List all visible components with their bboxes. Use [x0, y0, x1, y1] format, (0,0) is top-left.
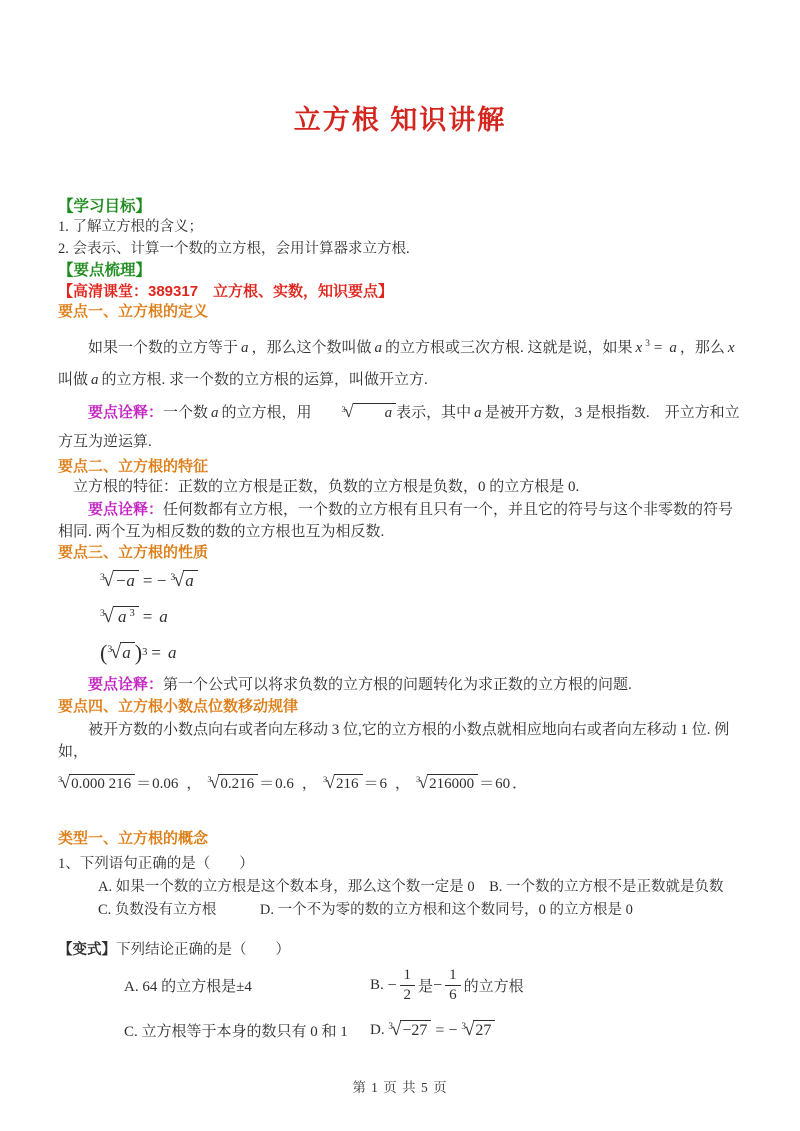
text-segment: 第一个公式可以将求负数的立方根的问题转化为求正数的立方根的问题.	[163, 677, 632, 693]
radicand: −a	[113, 570, 139, 591]
variant-options: A. 64 的立方根是±4 B. −12是−16的立方根 C. 立方根等于本身的…	[124, 966, 748, 1046]
text-segment: ，那么	[680, 340, 725, 356]
left-paren: (	[100, 640, 107, 666]
text-segment: ，那么这个数叫做	[252, 340, 372, 356]
result-value: 0.6	[275, 776, 294, 792]
hd-course-line: 【高清课堂：389317 立方根、实数，知识要点】	[58, 281, 748, 302]
equals-sign: =	[147, 643, 165, 663]
cube-root: 3√216000	[416, 773, 478, 793]
math-var-a: a	[208, 405, 222, 421]
math-var-a: a	[372, 340, 386, 356]
point1-heading: 要点一、立方根的定义	[58, 302, 748, 322]
equals-sign: = −	[431, 1022, 461, 1039]
numerator: 1	[400, 967, 416, 986]
denominator: 2	[400, 986, 416, 1004]
text-segment: 一个数	[163, 405, 208, 421]
point3-note: 要点诠释：第一个公式可以将求负数的立方根的问题转化为求正数的立方根的问题.	[58, 673, 748, 697]
result-value: 6	[380, 776, 388, 792]
variant-question: 【变式】下列结论正确的是（ ）	[58, 938, 748, 962]
separator: ，	[180, 776, 207, 792]
separator: ，	[296, 776, 323, 792]
note-label: 要点诠释：	[88, 404, 163, 421]
cube-root: 3√a	[107, 641, 134, 663]
result-value: 60	[495, 776, 510, 792]
period: ．	[512, 776, 527, 792]
cube-root: 3√a	[170, 569, 197, 591]
equals-sign: ＝	[363, 776, 380, 792]
minus-sign: −	[388, 977, 397, 995]
cube-root: 3√0.000 216	[58, 773, 135, 793]
point1-note: 要点诠释：一个数a的立方根，用3√a表示，其中a是被开方数，3 是根指数. 开立…	[58, 398, 748, 457]
variant-option-a: A. 64 的立方根是±4	[124, 966, 370, 1006]
example-2: 3√0.216＝0.6	[207, 776, 294, 792]
variant-option-b: B. −12是−16的立方根	[370, 966, 748, 1006]
formula-root-of-cube: 3√a3=a	[100, 599, 748, 635]
cube-root-properties: 3√−a= −3√a 3√a3=a (3√a)3=a	[100, 563, 748, 671]
text-segment: 的立方根或三次方根. 这就是说，如果	[385, 340, 633, 356]
point4-heading: 要点四、立方根小数点位数移动规律	[58, 697, 748, 717]
example-4: 3√216000＝60	[416, 776, 510, 792]
learning-goals-header: 【学习目标】	[58, 196, 748, 217]
equals-sign: ＝	[478, 776, 495, 792]
point1-paragraph: 如果一个数的立方等于a，那么这个数叫做a的立方根或三次方根. 这就是说，如果x3…	[58, 328, 748, 396]
outline-header: 【要点梳理】	[58, 260, 748, 281]
numerator: 1	[445, 967, 461, 986]
cube-root: 3√216	[323, 773, 363, 793]
text-segment: 表示，其中	[396, 405, 471, 421]
radicand: 0.216	[218, 774, 258, 793]
note-label: 要点诠释：	[88, 676, 163, 693]
exponent: 3	[129, 608, 134, 619]
equals-sign: =	[139, 607, 157, 627]
radicand: 0.000 216	[69, 774, 135, 793]
radicand: a	[353, 403, 397, 422]
math-var-a: a	[238, 340, 252, 356]
equals-sign: ＝	[258, 776, 275, 792]
point2-heading: 要点二、立方根的特征	[58, 457, 748, 477]
goal-item-2: 2. 会表示、计算一个数的立方根，会用计算器求立方根.	[58, 239, 748, 261]
fraction-one-half: 12	[400, 967, 416, 1005]
fraction-one-sixth: 16	[445, 967, 461, 1005]
point4-examples: 3√0.000 216＝0.06，3√0.216＝0.6，3√216＝6，3√2…	[58, 769, 748, 799]
cube-root: 3√27	[461, 1020, 495, 1041]
example-1: 3√0.000 216＝0.06	[58, 776, 178, 792]
point3-heading: 要点三、立方根的性质	[58, 543, 748, 563]
question-1: 1、下列语句正确的是（ ）	[58, 852, 748, 876]
math-var-a: a	[471, 405, 485, 421]
point2-note: 要点诠释：任何数都有立方根，一个数的立方根有且只有一个，并且它的符号与这个非零数…	[58, 499, 748, 543]
cube-root: 3√−27	[388, 1020, 431, 1041]
radicand: a	[183, 570, 198, 591]
question-1-options-ab: A. 如果一个数的立方根是这个数本身，那么这个数一定是 0 B. 一个数的立方根…	[98, 876, 748, 899]
radicand: 216000	[427, 774, 478, 793]
note-label: 要点诠释：	[88, 501, 163, 518]
text-segment: 的立方根. 求一个数的立方根的运算，叫做开立方.	[102, 372, 428, 388]
goal-item-1: 1. 了解立方根的含义；	[58, 217, 748, 239]
radicand: −27	[400, 1020, 431, 1040]
point4-paragraph: 被开方数的小数点向右或者向左移动 3 位,它的立方根的小数点就相应地向右或者向左…	[58, 719, 748, 763]
type1-heading: 类型一、立方根的概念	[58, 829, 748, 849]
math-var-a: a	[666, 340, 680, 356]
math-var-a: a	[156, 607, 171, 627]
cube-root: 3√0.216	[207, 773, 258, 793]
radicand: 216	[334, 774, 363, 793]
doc-title: 立方根 知识讲解	[0, 0, 800, 140]
math-var-x: x	[633, 340, 646, 356]
text-segment: 叫做	[58, 372, 88, 388]
separator: ，	[389, 776, 416, 792]
content: 【学习目标】 1. 了解立方根的含义； 2. 会表示、计算一个数的立方根，会用计…	[0, 140, 800, 1046]
radicand: 27	[473, 1020, 495, 1040]
equals-sign: ＝	[135, 776, 152, 792]
right-paren: )	[135, 640, 142, 666]
radicand: a3	[113, 606, 139, 627]
math-var-a: a	[115, 607, 130, 626]
cube-root: 3√a3	[100, 605, 139, 627]
denominator: 6	[445, 986, 461, 1004]
math-var-a: a	[88, 372, 102, 388]
text-segment: 的立方根，用	[222, 405, 312, 421]
document-page: 立方根 知识讲解 【学习目标】 1. 了解立方根的含义； 2. 会表示、计算一个…	[0, 0, 800, 1131]
minus-sign: −	[433, 977, 442, 995]
option-label: B.	[370, 977, 384, 994]
text-segment: 如果一个数的立方等于	[88, 340, 238, 356]
cube-root: 3√−a	[100, 569, 139, 591]
formula-cube-of-root: (3√a)3=a	[100, 635, 748, 671]
text-segment: 是	[418, 975, 433, 996]
result-value: 0.06	[152, 776, 178, 792]
variant-stem: 下列结论正确的是（ ）	[116, 942, 290, 958]
text-segment: 的立方根	[464, 975, 524, 996]
math-var-a: a	[165, 643, 180, 663]
equals-sign: = −	[139, 571, 170, 591]
point2-feature: 立方根的特征：正数的立方根是正数，负数的立方根是负数，0 的立方根是 0.	[58, 477, 748, 499]
example-3: 3√216＝6	[323, 776, 387, 792]
question-1-options-cd: C. 负数没有立方根 D. 一个不为零的数的立方根和这个数同号，0 的立方根是 …	[98, 899, 748, 922]
option-label: D.	[370, 1022, 385, 1039]
equals-sign: =	[650, 340, 666, 356]
formula-neg-root: 3√−a= −3√a	[100, 563, 748, 599]
radicand: a	[120, 642, 135, 663]
cube-root-expression: 3√−27= −3√27	[388, 1020, 495, 1041]
variant-option-c: C. 立方根等于本身的数只有 0 和 1	[124, 1016, 370, 1046]
cube-root: 3√a	[312, 402, 397, 422]
variant-label: 【变式】	[58, 942, 116, 958]
page-footer: 第 1 页 共 5 页	[0, 1076, 800, 1096]
math-var-x: x	[725, 340, 738, 356]
variant-option-d: D. 3√−27= −3√27	[370, 1016, 748, 1046]
